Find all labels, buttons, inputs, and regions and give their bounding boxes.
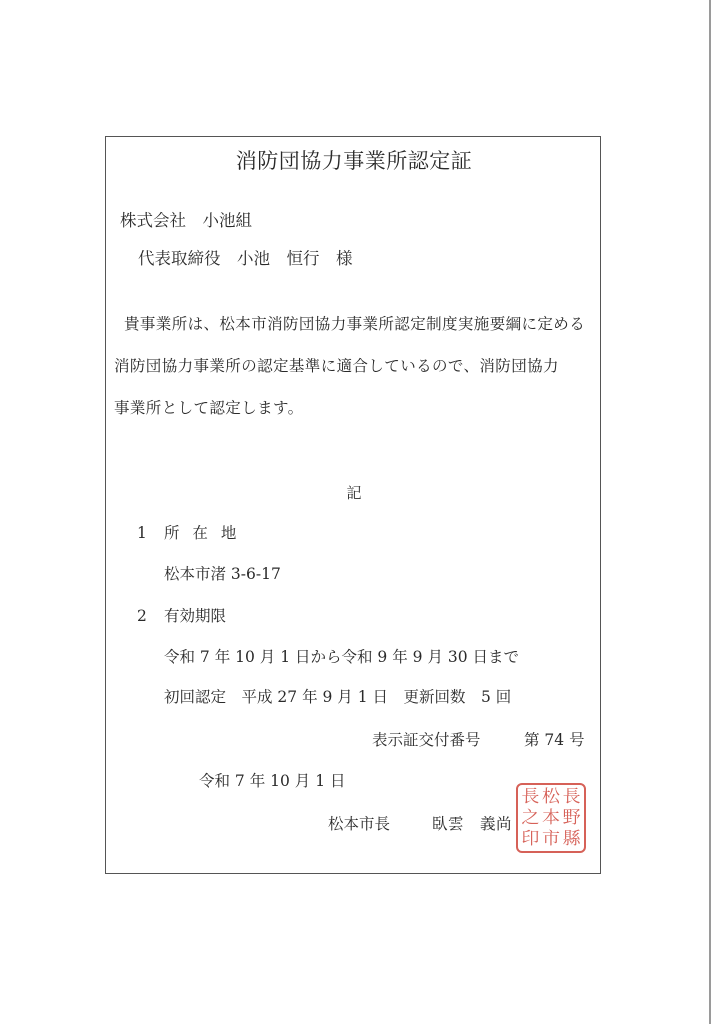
issue-date: 令和 7 年 10 月 1 日 (199, 774, 346, 790)
issuer-name: 臥雲 義尚 (432, 817, 512, 833)
item-label-location: 所 在 地 (164, 526, 240, 542)
seal-char: 長 (563, 788, 581, 805)
recipient-company: 株式会社 小池組 (120, 213, 252, 230)
certificate-frame: 消防団協力事業所認定証 株式会社 小池組 代表取締役 小池 恒行 様 貴事業所は… (105, 136, 601, 874)
seal-char: 之 (521, 809, 539, 826)
seal-column: 長 之 印 (521, 788, 539, 848)
item-number-1: 1 (137, 526, 147, 542)
initial-certification: 初回認定 平成 27 年 9 月 1 日 更新回数 5 回 (164, 690, 511, 706)
seal-char: 松 (542, 788, 560, 805)
seal-char: 印 (521, 830, 539, 847)
body-line-3: 事業所として認定します。 (114, 401, 304, 417)
page-edge-line (709, 0, 711, 1024)
address-value: 松本市渚 3-6-17 (164, 567, 281, 583)
issue-number-label: 表示証交付番号 (372, 733, 481, 749)
official-seal-icon: 長 野 縣 松 本 市 長 之 印 (516, 783, 586, 853)
ki-heading: 記 (106, 486, 602, 501)
body-line-2: 消防団協力事業所の認定基準に適合しているので、消防団協力 (114, 359, 559, 375)
validity-period: 令和 7 年 10 月 1 日から令和 9 年 9 月 30 日まで (164, 650, 519, 666)
seal-char: 長 (521, 788, 539, 805)
issue-number-value: 第 74 号 (524, 733, 585, 749)
certificate-title: 消防団協力事業所認定証 (106, 151, 602, 172)
recipient-representative: 代表取締役 小池 恒行 様 (138, 251, 353, 268)
issuer-title: 松本市長 (328, 817, 390, 833)
seal-char: 本 (542, 809, 560, 826)
seal-char: 市 (542, 830, 560, 847)
seal-char: 野 (563, 809, 581, 826)
seal-column: 長 野 縣 (563, 788, 581, 848)
body-line-1: 貴事業所は、松本市消防団協力事業所認定制度実施要綱に定める (124, 317, 585, 333)
seal-char: 縣 (563, 830, 581, 847)
seal-column: 松 本 市 (542, 788, 560, 848)
item-number-2: 2 (137, 609, 147, 625)
item-label-validity: 有効期限 (164, 609, 226, 625)
